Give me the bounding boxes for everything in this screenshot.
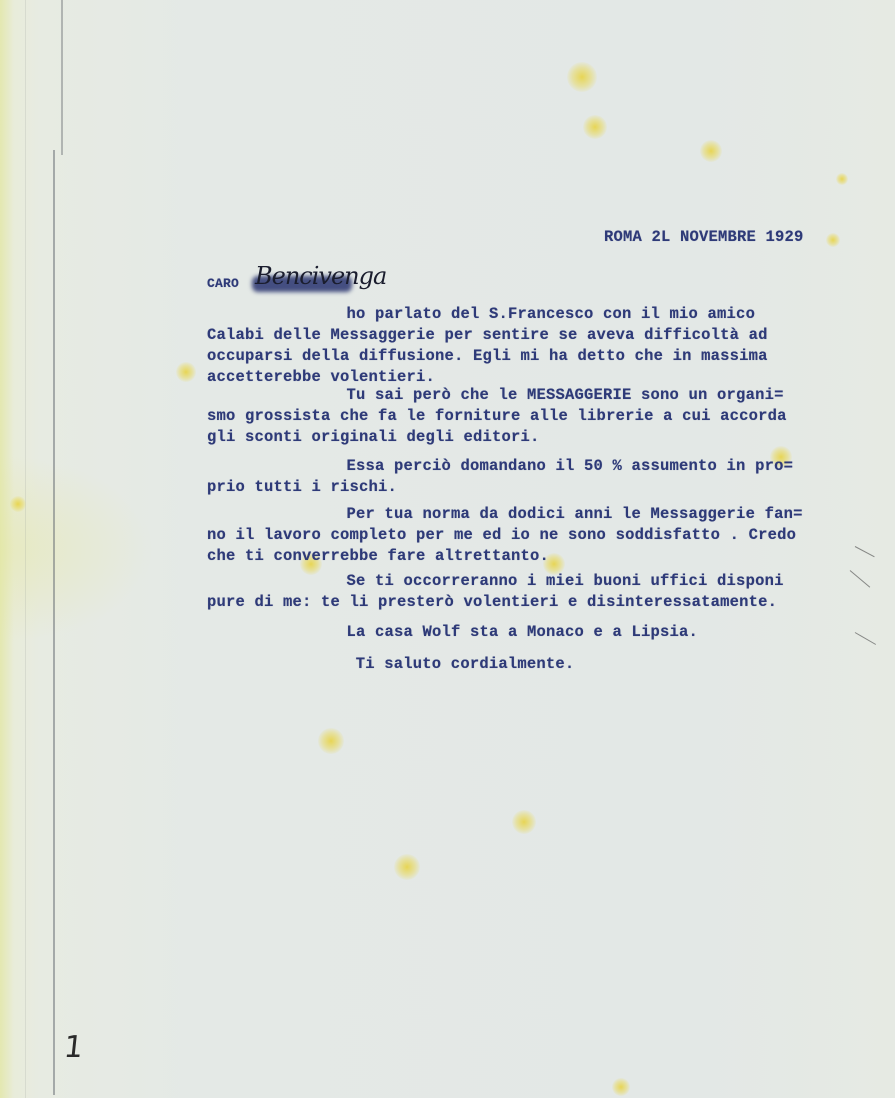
letter-line: Essa perciò domandano il 50 % assumento … (347, 457, 794, 475)
paper-edge-yellowing (0, 0, 14, 1098)
letter-line: accetterebbe volentieri. (207, 368, 435, 386)
pencil-margin-line-top (61, 0, 63, 155)
letter-line: prio tutti i rischi. (207, 478, 397, 496)
letter-date: ROMA 2L NOVEMBRE 1929 (604, 228, 804, 246)
pencil-margin-line-faint (25, 0, 26, 1098)
letter-line: ho parlato del S.Francesco con il mio am… (347, 305, 756, 323)
stain (700, 140, 722, 162)
stain (567, 62, 597, 92)
letter-line: Calabi delle Messaggerie per sentire se … (207, 326, 768, 344)
stain (612, 1078, 630, 1096)
letter-line: smo grossista che fa le forniture alle l… (207, 407, 787, 425)
letter-line: Se ti occorreranno i miei buoni uffici d… (347, 572, 784, 590)
letter-line: no il lavoro completo per me ed io ne so… (207, 526, 796, 544)
salutation-typed: CARO (207, 276, 239, 291)
letter-line: Tu sai però che le MESSAGGERIE sono un o… (347, 386, 784, 404)
stain (826, 233, 840, 247)
letter-line: Per tua norma da dodici anni le Messagge… (347, 505, 803, 523)
page-number-handwritten: 1 (62, 1030, 85, 1065)
stain (10, 496, 26, 512)
stain (394, 854, 420, 880)
salutation-handwritten-name: Bencivenga (255, 262, 386, 290)
letter-line: gli sconti originali degli editori. (207, 428, 540, 446)
stain (176, 362, 196, 382)
stain (512, 810, 536, 834)
stain (583, 115, 607, 139)
letter-line: pure di me: te li presterò volentieri e … (207, 593, 777, 611)
stain (836, 173, 848, 185)
letter-line: occuparsi della diffusione. Egli mi ha d… (207, 347, 768, 365)
stain (318, 728, 344, 754)
letter-line: La casa Wolf sta a Monaco e a Lipsia. (347, 623, 699, 641)
letter-line: che ti converrebbe fare altrettanto. (207, 547, 549, 565)
letter-line: Ti saluto cordialmente. (356, 655, 575, 673)
pencil-margin-line (53, 150, 55, 1095)
